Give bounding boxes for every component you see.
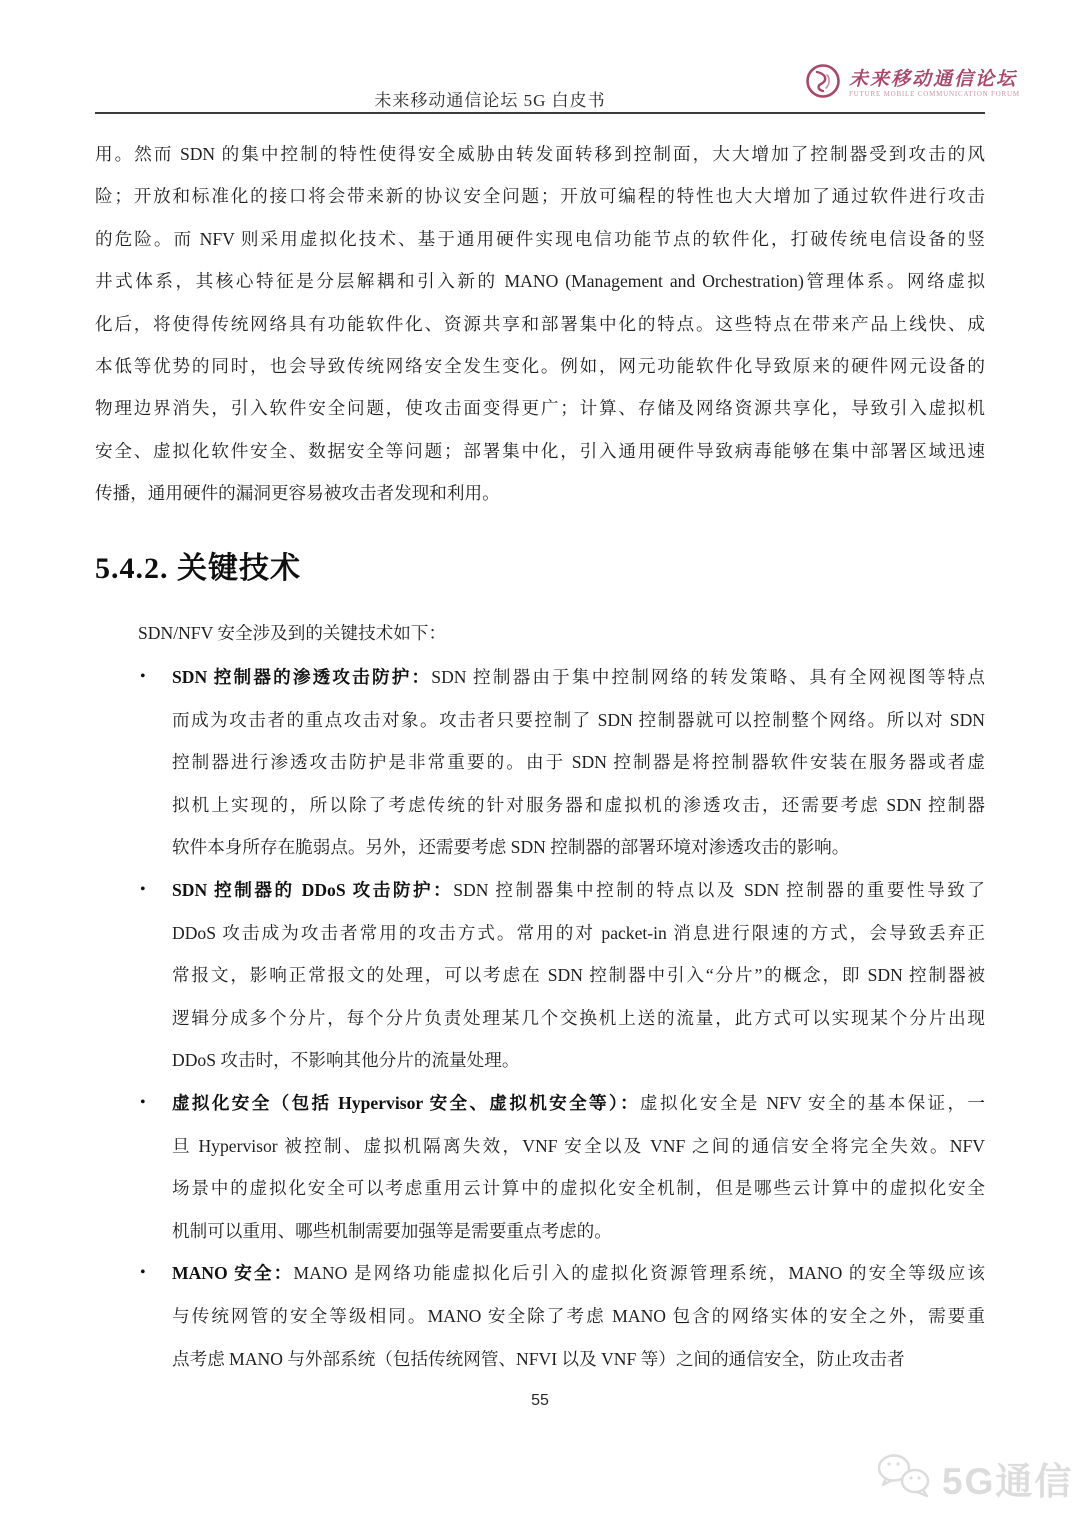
bullet-text: 控制器进行渗透攻击防护是非常重要的。由于 SDN 控制器是将控制器软件安装在服务… xyxy=(172,752,985,772)
paragraph-line: 传播，通用硬件的漏洞更容易被攻击者发现和利用。 xyxy=(95,472,985,514)
bullet-text: 软件本身所存在脆弱点。另外，还需要考虑 SDN 控制器的部署环境对渗透攻击的影响… xyxy=(172,837,849,857)
watermark: 5G通信 xyxy=(872,1448,1073,1507)
forum-logo-icon xyxy=(804,62,842,105)
bullet-term: SDN 控制器的 DDoS 攻击防护： xyxy=(172,880,453,900)
bullet-line: 而成为攻击者的重点攻击对象。攻击者只要控制了 SDN 控制器就可以控制整个网络。… xyxy=(172,699,985,742)
bullet-marker: • xyxy=(140,869,146,912)
bullet-line: 拟机上实现的，所以除了考虑传统的针对服务器和虚拟机的渗透攻击，还需要考虑 SDN… xyxy=(172,784,985,827)
forum-logo: 未来移动通信论坛 FUTURE MOBILE COMMUNICATION FOR… xyxy=(804,62,1020,105)
bullet-line: 机制可以重用、哪些机制需要加强等是需要重点考虑的。 xyxy=(172,1210,985,1253)
bullet-term: MANO 安全： xyxy=(172,1263,294,1283)
paragraph-line: 井式体系，其核心特征是分层解耦和引入新的 MANO (Management an… xyxy=(95,260,985,302)
bullet-line: 虚拟化安全（包括 Hypervisor 安全、虚拟机安全等）：虚拟化安全是 NF… xyxy=(172,1082,985,1125)
paragraph-line: 本低等优势的同时，也会导致传统网络安全发生变化。例如，网元功能软件化导致原来的硬… xyxy=(95,345,985,387)
bullet-line: 与传统网管的安全等级相同。MANO 安全除了考虑 MANO 包含的网络实体的安全… xyxy=(172,1295,985,1338)
forum-logo-name-cn: 未来移动通信论坛 xyxy=(849,69,1020,91)
bullet-text: 虚拟化安全是 NFV 安全的基本保证，一 xyxy=(640,1093,985,1113)
body-paragraph: 用。然而 SDN 的集中控制的特性使得安全威胁由转发面转移到控制面，大大增加了控… xyxy=(95,133,985,515)
bullet-text: 场景中的虚拟化安全可以考虑重用云计算中的虚拟化安全机制，但是哪些云计算中的虚拟化… xyxy=(172,1178,985,1198)
bullet-line: 逻辑分成多个分片，每个分片负责处理某几个交换机上送的流量，此方式可以实现某个分片… xyxy=(172,997,985,1040)
bullet-item: •MANO 安全：MANO 是网络功能虚拟化后引入的虚拟化资源管理系统，MANO… xyxy=(95,1252,985,1380)
bullet-item: •SDN 控制器的渗透攻击防护：SDN 控制器由于集中控制网络的转发策略、具有全… xyxy=(95,656,985,869)
bullet-line: DDoS 攻击成为攻击者常用的攻击方式。常用的对 packet-in 消息进行限… xyxy=(172,912,985,955)
paragraph-line: 险；开放和标准化的接口将会带来新的协议安全问题；开放可编程的特性也大大增加了通过… xyxy=(95,175,985,217)
bullet-item: •SDN 控制器的 DDoS 攻击防护：SDN 控制器集中控制的特点以及 SDN… xyxy=(95,869,985,1082)
bullet-line: 场景中的虚拟化安全可以考虑重用云计算中的虚拟化安全机制，但是哪些云计算中的虚拟化… xyxy=(172,1167,985,1210)
bullet-line: 常报文，影响正常报文的处理，可以考虑在 SDN 控制器中引入“分片”的概念，即 … xyxy=(172,954,985,997)
paragraph-line: 化后，将使得传统网络具有功能软件化、资源共享和部署集中化的特点。这些特点在带来产… xyxy=(95,303,985,345)
header-divider xyxy=(95,112,985,114)
bullet-text: MANO 是网络功能虚拟化后引入的虚拟化资源管理系统，MANO 的安全等级应该 xyxy=(294,1263,985,1283)
wechat-icon xyxy=(872,1448,936,1507)
paragraph-line: 用。然而 SDN 的集中控制的特性使得安全威胁由转发面转移到控制面，大大增加了控… xyxy=(95,133,985,175)
section-intro: SDN/NFV 安全涉及到的关键技术如下： xyxy=(138,620,446,645)
page-number: 55 xyxy=(0,1392,1080,1410)
bullet-text: 旦 Hypervisor 被控制、虚拟机隔离失效，VNF 安全以及 VNF 之间… xyxy=(172,1136,985,1156)
watermark-text: 5G通信 xyxy=(942,1451,1073,1505)
paragraph-line: 物理边界消失，引入软件安全问题，使攻击面变得更广；计算、存储及网络资源共享化，导… xyxy=(95,387,985,429)
bullet-term: SDN 控制器的渗透攻击防护： xyxy=(172,667,431,687)
bullet-line: 旦 Hypervisor 被控制、虚拟机隔离失效，VNF 安全以及 VNF 之间… xyxy=(172,1125,985,1168)
forum-logo-name-en: FUTURE MOBILE COMMUNICATION FORUM xyxy=(849,90,1020,98)
bullet-text: DDoS 攻击成为攻击者常用的攻击方式。常用的对 packet-in 消息进行限… xyxy=(172,923,985,943)
bullet-text: DDoS 攻击时，不影响其他分片的流量处理。 xyxy=(172,1050,520,1070)
bullet-line: SDN 控制器的 DDoS 攻击防护：SDN 控制器集中控制的特点以及 SDN … xyxy=(172,869,985,912)
bullet-marker: • xyxy=(140,656,146,699)
bullet-text: 点考虑 MANO 与外部系统（包括传统网管、NFVI 以及 VNF 等）之间的通… xyxy=(172,1349,905,1369)
bullet-text: 逻辑分成多个分片，每个分片负责处理某几个交换机上送的流量，此方式可以实现某个分片… xyxy=(172,1008,985,1028)
bullet-text: SDN 控制器由于集中控制网络的转发策略、具有全网视图等特点 xyxy=(431,667,985,687)
paragraph-line: 的危险。而 NFV 则采用虚拟化技术、基于通用硬件实现电信功能节点的软件化，打破… xyxy=(95,218,985,260)
bullet-line: 软件本身所存在脆弱点。另外，还需要考虑 SDN 控制器的部署环境对渗透攻击的影响… xyxy=(172,826,985,869)
document-page: 未来移动通信论坛 5G 白皮书 未来移动通信论坛 FUTURE MOBILE C… xyxy=(0,0,1080,1527)
bullet-line: 控制器进行渗透攻击防护是非常重要的。由于 SDN 控制器是将控制器软件安装在服务… xyxy=(172,741,985,784)
bullet-text: 与传统网管的安全等级相同。MANO 安全除了考虑 MANO 包含的网络实体的安全… xyxy=(172,1306,985,1326)
bullet-text: 拟机上实现的，所以除了考虑传统的针对服务器和虚拟机的渗透攻击，还需要考虑 SDN… xyxy=(172,795,985,815)
bullet-item: •虚拟化安全（包括 Hypervisor 安全、虚拟机安全等）：虚拟化安全是 N… xyxy=(95,1082,985,1252)
bullet-term: 虚拟化安全（包括 Hypervisor 安全、虚拟机安全等）： xyxy=(172,1093,640,1113)
paragraph-line: 安全、虚拟化软件安全、数据安全等问题；部署集中化，引入通用硬件导致病毒能够在集中… xyxy=(95,430,985,472)
bullet-text: SDN 控制器集中控制的特点以及 SDN 控制器的重要性导致了 xyxy=(453,880,985,900)
bullet-text: 常报文，影响正常报文的处理，可以考虑在 SDN 控制器中引入“分片”的概念，即 … xyxy=(172,965,985,985)
bullet-marker: • xyxy=(140,1082,146,1125)
section-heading: 5.4.2. 关键技术 xyxy=(95,543,301,587)
bullet-line: MANO 安全：MANO 是网络功能虚拟化后引入的虚拟化资源管理系统，MANO … xyxy=(172,1252,985,1295)
bullet-marker: • xyxy=(140,1252,146,1295)
bullet-line: 点考虑 MANO 与外部系统（包括传统网管、NFVI 以及 VNF 等）之间的通… xyxy=(172,1338,985,1381)
bullet-line: SDN 控制器的渗透攻击防护：SDN 控制器由于集中控制网络的转发策略、具有全网… xyxy=(172,656,985,699)
bullet-line: DDoS 攻击时，不影响其他分片的流量处理。 xyxy=(172,1039,985,1082)
bullet-text: 而成为攻击者的重点攻击对象。攻击者只要控制了 SDN 控制器就可以控制整个网络。… xyxy=(172,710,985,730)
bullet-text: 机制可以重用、哪些机制需要加强等是需要重点考虑的。 xyxy=(172,1221,612,1241)
bullet-list: •SDN 控制器的渗透攻击防护：SDN 控制器由于集中控制网络的转发策略、具有全… xyxy=(95,656,985,1380)
